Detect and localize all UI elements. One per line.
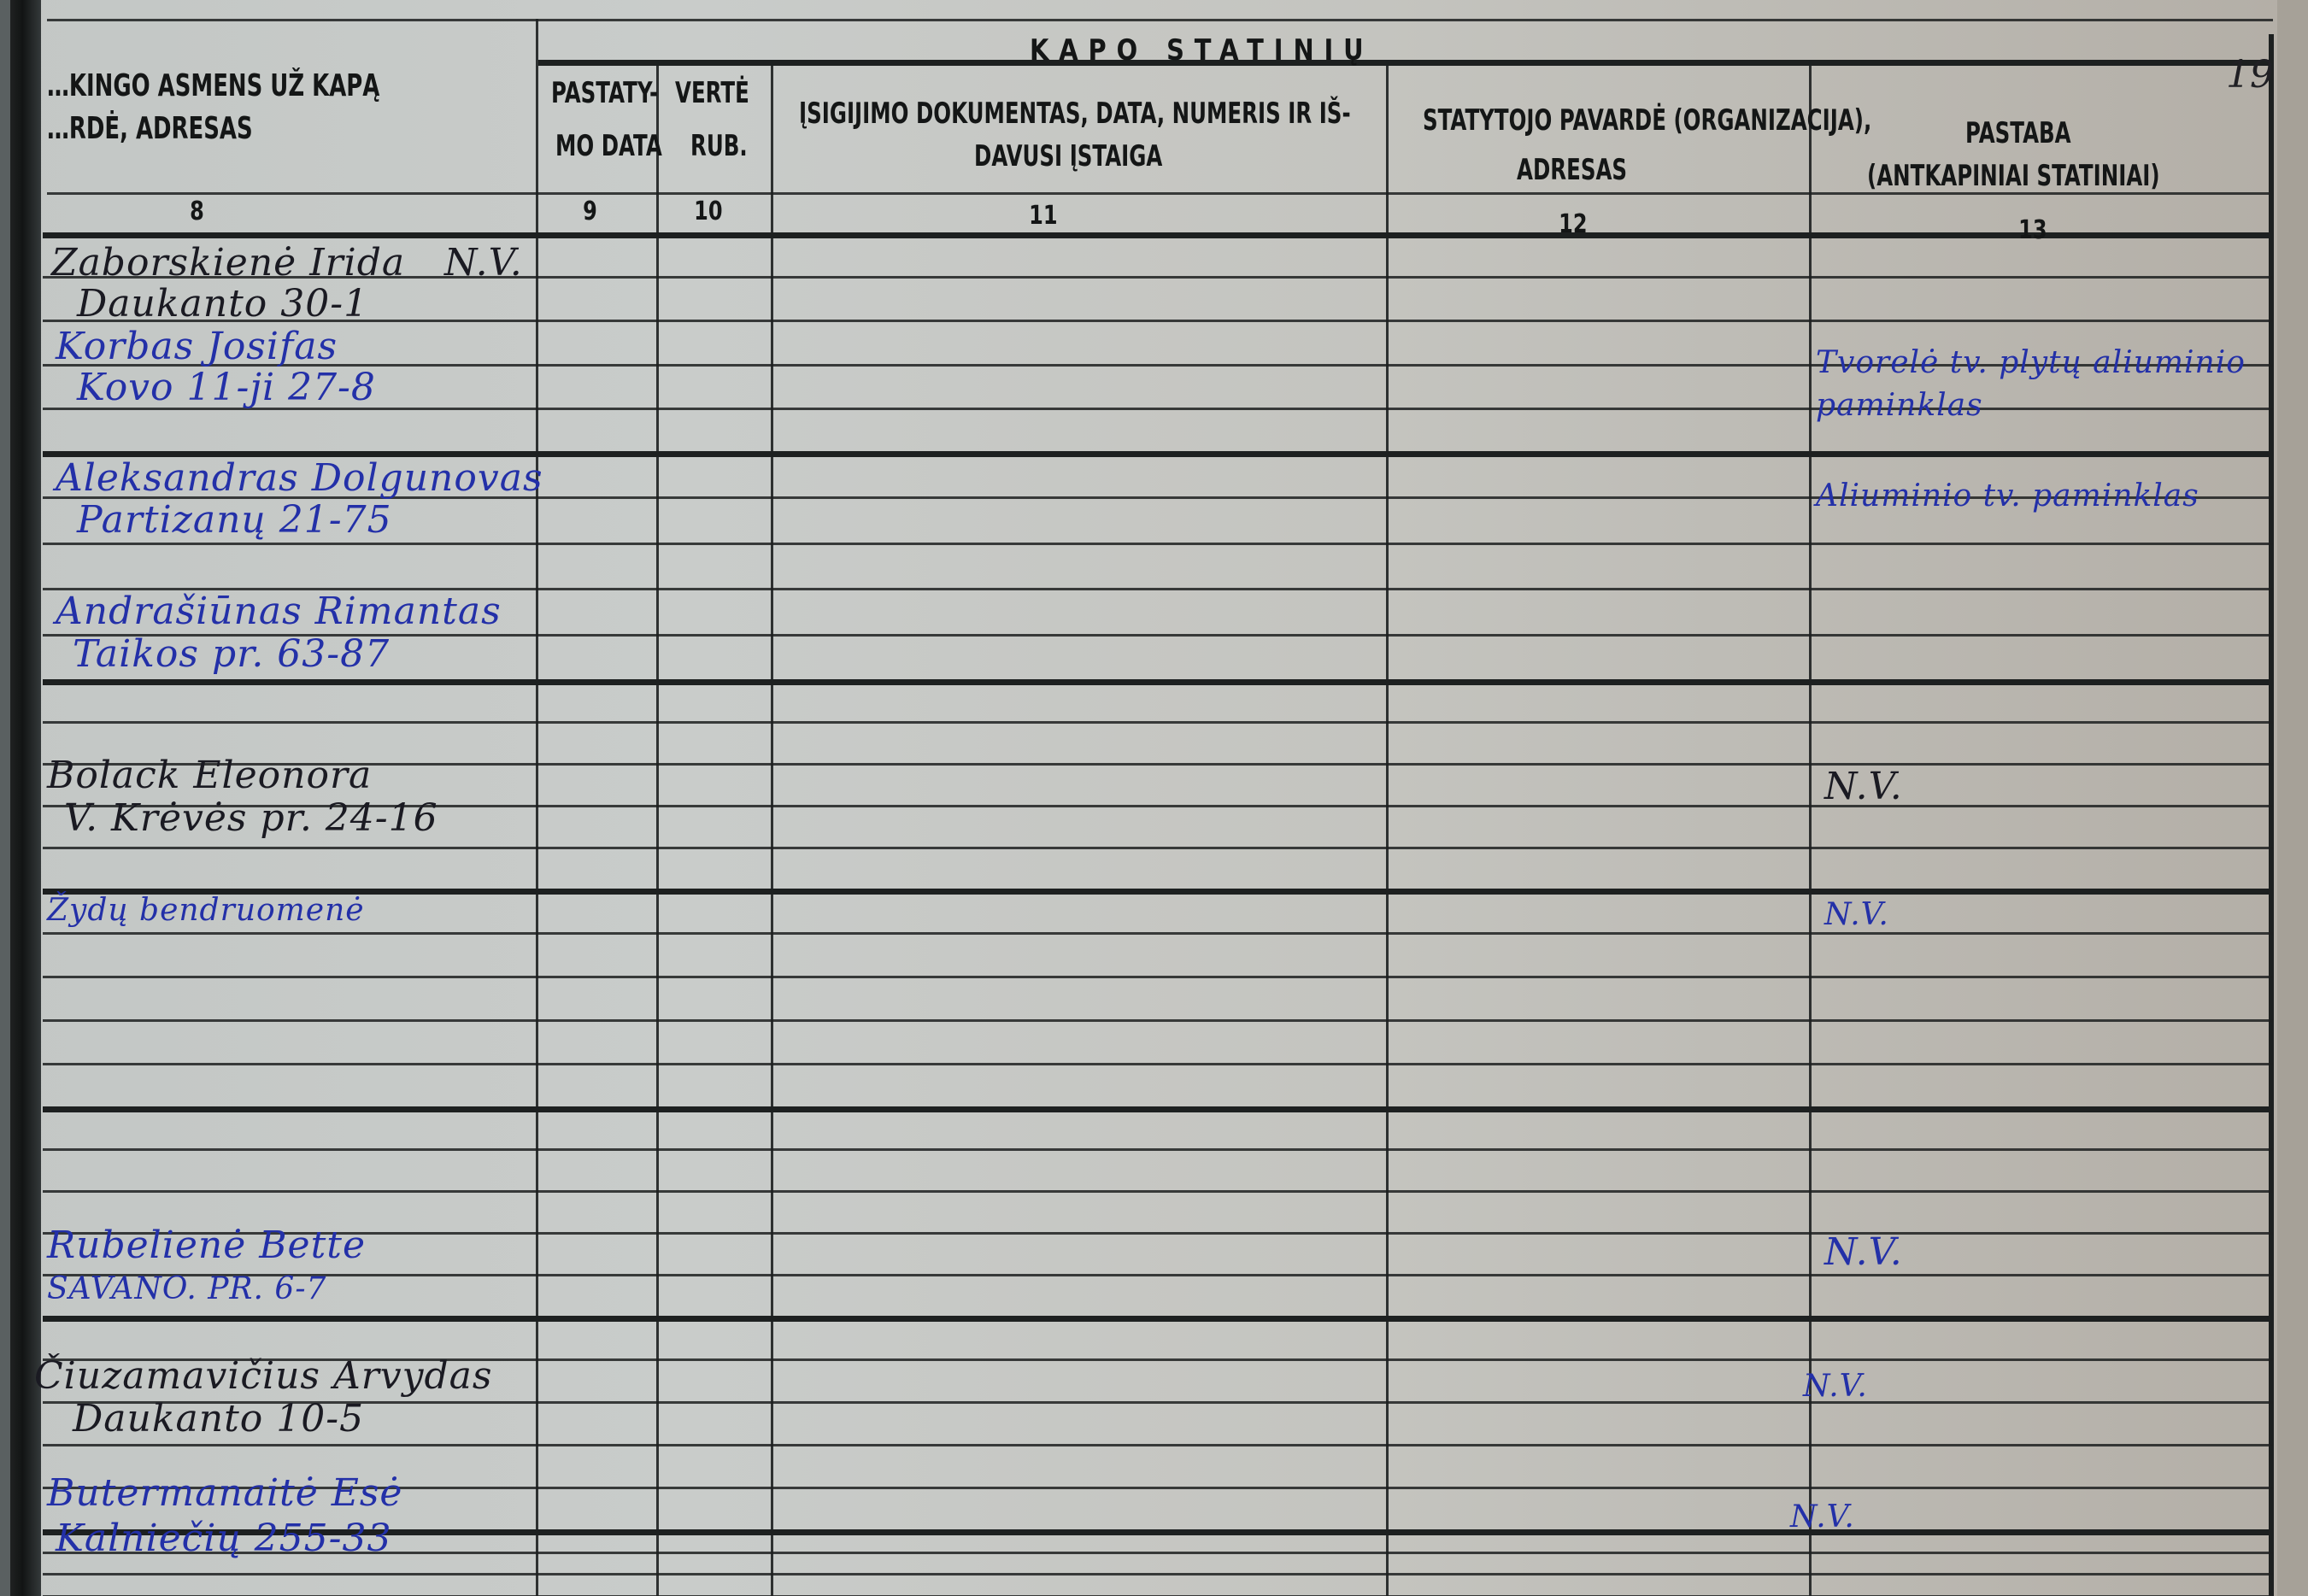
ruling-thin: [43, 1274, 2273, 1276]
entry-7-address: SAVANO. PR. 6-7: [47, 1271, 326, 1306]
entry-2-name: Korbas Josifas: [56, 325, 338, 368]
column-divider: [656, 60, 659, 1596]
entry-5-name: Bolack Eleonora: [47, 754, 372, 797]
entry-9-name: Butermanaitė Esė: [47, 1471, 402, 1515]
ruling-thin: [43, 543, 2273, 545]
entry-9-remark: N.V.: [1790, 1499, 1855, 1534]
ruling-thin: [43, 1063, 2273, 1065]
column-divider: [1386, 60, 1389, 1596]
col9-label-line2: MO DATA: [555, 128, 662, 165]
entry-5-remark: N.V.: [1824, 765, 1903, 808]
ruling-thin: [43, 763, 2273, 766]
col8-label-line2: …RDĖ, ADRESAS: [47, 109, 253, 148]
ruling-thin: [43, 1148, 2273, 1151]
col13-label-line2: (ANTKAPINIAI STATINIAI): [1867, 158, 2160, 195]
ruling-thin: [43, 320, 2273, 322]
column-divider: [2269, 34, 2274, 1596]
ruling-thin: [43, 1573, 2273, 1575]
ruling-thick: [43, 1316, 2273, 1322]
col13-number: 13: [2018, 215, 2047, 245]
ruling-thin: [43, 1019, 2273, 1022]
ruling-thick: [43, 232, 2273, 238]
col9-label-line1: PASTATY-: [551, 75, 658, 112]
ruling-thick: [43, 679, 2273, 685]
entry-6-name: Žydų bendruomenė: [47, 893, 365, 928]
entry-2-remark: Tvorelė tv. plytų aliuminio paminklas: [1816, 342, 2260, 427]
ruling-thin: [43, 1444, 2273, 1446]
group-title: KAPO STATINIŲ: [1030, 32, 1374, 69]
ruling-thin: [47, 19, 2273, 21]
entry-1-address: Daukanto 30-1: [77, 282, 368, 326]
ruling-thin: [43, 1190, 2273, 1193]
entry-5-address: V. Krėvės pr. 24-16: [64, 796, 438, 840]
entry-8-name: Čiuzamavičius Arvydas: [34, 1354, 493, 1398]
entry-8-remark: N.V.: [1803, 1369, 1868, 1404]
col11-label-line1: ĮSIGIJIMO DOKUMENTAS, DATA, NUMERIS IR I…: [799, 96, 1351, 132]
ruling-thick: [43, 1106, 2273, 1112]
entry-3-address: Partizanų 21-75: [77, 498, 392, 542]
column-divider: [1809, 60, 1812, 1596]
ruling-thin: [43, 1401, 2273, 1404]
col10-number: 10: [694, 197, 722, 226]
ruling-thin: [43, 721, 2273, 724]
ruling-thin: [43, 847, 2273, 849]
entry-3-name: Aleksandras Dolgunovas: [56, 456, 543, 500]
col12-label-line2: ADRESAS: [1517, 152, 1627, 189]
col9-number: 9: [583, 197, 597, 226]
entry-3-remark: Aliuminio tv. paminklas: [1816, 478, 2199, 513]
entry-1-name: Zaborskienė Irida: [51, 241, 405, 285]
col10-label-line1: VERTĖ: [675, 75, 749, 112]
column-divider: [771, 60, 773, 1596]
col11-number: 11: [1029, 201, 1057, 231]
ruling-thick: [43, 889, 2273, 895]
col10-label-line2: RUB.: [690, 128, 748, 165]
col8-label-line1: …KINGO ASMENS UŽ KAPĄ: [47, 67, 379, 105]
entry-7-name: Rubelienė Bette: [47, 1223, 366, 1267]
entry-4-address: Taikos pr. 63-87: [73, 632, 390, 676]
ruling-thin: [43, 976, 2273, 978]
entry-7-remark: N.V.: [1824, 1230, 1903, 1274]
entry-8-address: Daukanto 10-5: [73, 1397, 364, 1441]
col13-label-line1: PASTABA: [1965, 115, 2071, 152]
col12-label-line1: STATYTOJO PAVARDĖ (ORGANIZACIJA),: [1423, 103, 1871, 139]
col8-number: 8: [190, 197, 204, 226]
ruling-thin: [43, 932, 2273, 935]
page-edge: [2277, 0, 2308, 1596]
page-number: 19: [2226, 53, 2274, 97]
col12-number: 12: [1559, 209, 1587, 239]
entry-6-remark: N.V.: [1824, 897, 1889, 932]
entry-1-mark: N.V.: [444, 241, 523, 285]
ruling-thin: [43, 1232, 2273, 1235]
entry-9-address: Kalniečių 255-33: [56, 1517, 392, 1560]
entry-2-address: Kovo 11-ji 27-8: [77, 366, 376, 409]
col11-label-line2: DAVUSI ĮSTAIGA: [974, 138, 1162, 175]
ruling-thick: [538, 60, 2273, 66]
entry-4-name: Andrašiūnas Rimantas: [56, 590, 502, 633]
